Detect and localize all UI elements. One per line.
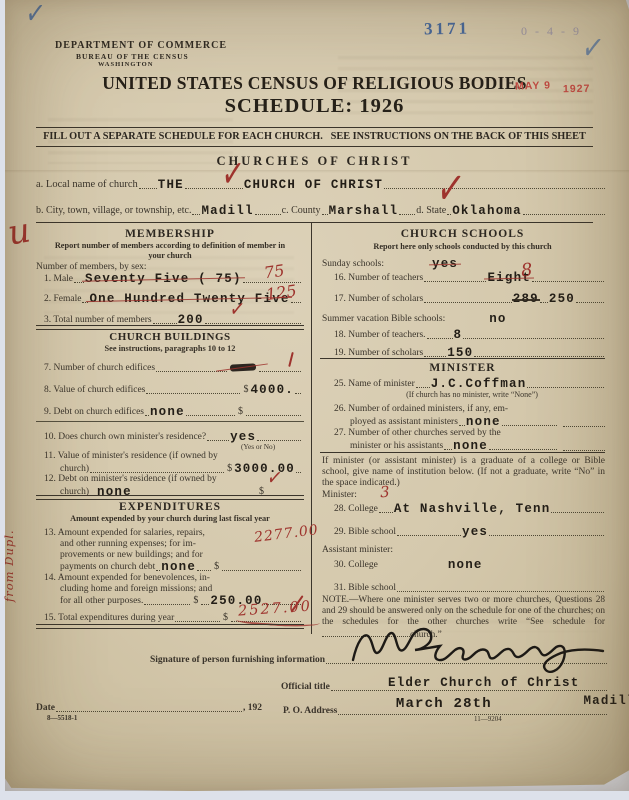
leader <box>563 424 605 427</box>
q17-label: 17. Number of scholars <box>334 293 423 305</box>
q7-label: 7. Number of church edifices <box>44 362 155 374</box>
q25-row: 25. Name of minister J.C.Coffman <box>334 376 605 390</box>
leader <box>489 447 557 450</box>
leader <box>399 212 415 215</box>
county-value: Marshall <box>329 205 399 218</box>
q31-row: 31. Bible school <box>334 580 605 594</box>
minister-heading: MINISTER <box>320 362 605 374</box>
department-line: DEPARTMENT OF COMMERCE <box>55 40 227 51</box>
graduate-note: If minister (or assistant minister) is a… <box>322 456 605 488</box>
leader <box>259 369 301 372</box>
bureau-line: BUREAU OF THE CENSUS <box>76 52 189 61</box>
leader <box>444 447 452 450</box>
minister-subsection-label: Minister: <box>322 489 357 501</box>
leader <box>255 212 281 215</box>
date-printed-year: , 192 <box>243 702 262 714</box>
leader <box>295 391 301 394</box>
buildings-heading: CHURCH BUILDINGS <box>36 331 304 343</box>
q25-hint: (If church has no minister, write “None”… <box>352 390 592 399</box>
minister-red-number: 3 <box>379 483 390 502</box>
signature-label: Signature of person furnishing informati… <box>150 654 325 666</box>
q18-typed-value: 8 <box>454 329 463 342</box>
leader <box>576 300 604 303</box>
q13-currency: $ <box>214 561 219 573</box>
leader <box>463 336 604 339</box>
gray-code-stamp: 0 - 4 - 9 <box>521 24 582 39</box>
leader <box>532 279 604 282</box>
q29-typed-value: yes <box>462 526 488 539</box>
q18-row: 18. Number of teachers. 8 <box>334 327 605 341</box>
q25-label: 25. Name of minister <box>334 378 415 390</box>
leader <box>424 300 512 303</box>
margin-red-note: from Dupl. <box>2 452 16 602</box>
official-title-label: Official title <box>281 681 330 693</box>
date-row: Date , 192 <box>36 700 262 714</box>
q28-typed-value: At Nashville, Tenn <box>394 503 551 516</box>
leader <box>201 602 209 605</box>
leader <box>139 186 157 189</box>
q1-label: 1. Male <box>44 273 73 285</box>
membership-subheading: Report number of members according to de… <box>50 241 290 261</box>
rule <box>320 358 605 359</box>
schools-subheading: Report here only schools conducted by th… <box>320 242 605 252</box>
column-divider <box>311 222 312 634</box>
leader <box>296 470 301 473</box>
official-title-typed-1: Elder Church of Christ <box>388 676 579 690</box>
leader <box>338 712 607 715</box>
local-name-value-2: CHURCH OF CHRIST <box>244 179 383 192</box>
membership-heading: MEMBERSHIP <box>36 228 304 240</box>
q19-row: 19. Number of scholars 150 <box>334 345 605 359</box>
leader <box>192 212 200 215</box>
q29-label: 29. Bible school <box>334 526 396 538</box>
red-checkmark-icon: ✓ <box>220 151 246 198</box>
q30-typed-value: none <box>448 559 483 572</box>
q30-row: 30. College none <box>334 557 605 571</box>
leader <box>257 438 301 441</box>
leader <box>527 385 604 388</box>
schedule-title: SCHEDULE: 1926 <box>0 95 629 118</box>
leader <box>207 438 229 441</box>
leader <box>489 533 604 536</box>
q2-label: 2. Female <box>44 293 81 305</box>
leader <box>416 385 430 388</box>
leader <box>540 300 548 303</box>
q7-row: 7. Number of church edifices <box>44 360 302 374</box>
signature <box>345 618 617 676</box>
q8-typed-value: 4000. <box>250 384 294 397</box>
leader <box>474 354 604 357</box>
q1-red-correction: 75 <box>263 261 286 283</box>
form-code-right: 11—9204 <box>474 715 502 723</box>
signature-stroke <box>353 629 603 672</box>
leader <box>397 533 461 536</box>
leader <box>384 186 605 189</box>
leader <box>379 510 393 513</box>
banner-instruction: FILL OUT A SEPARATE SCHEDULE FOR EACH CH… <box>0 131 629 142</box>
received-date-stamp-year: 1927 <box>563 83 591 95</box>
q9-typed-value: none <box>150 406 185 419</box>
leader <box>502 423 557 426</box>
paper-crease <box>5 170 629 173</box>
denomination-title: CHURCHES OF CHRIST <box>0 154 629 169</box>
local-name-row: a. Local name of church THE CHURCH OF CH… <box>36 177 606 191</box>
rule <box>36 495 304 500</box>
leader <box>205 321 301 324</box>
rule <box>320 452 605 453</box>
local-name-value-1: THE <box>158 179 184 192</box>
assistant-minister-label: Assistant minister: <box>322 544 393 556</box>
state-value: Oklahoma <box>452 205 522 218</box>
scribbled-out-entry <box>230 363 256 371</box>
rule <box>36 325 304 330</box>
po-address-label: P. O. Address <box>283 705 337 717</box>
q17-typed-value: 250 <box>549 293 575 306</box>
q10-row: 10. Does church own minister's residence… <box>44 429 302 443</box>
scanned-census-form: ✓ DEPARTMENT OF COMMERCE BUREAU OF THE C… <box>0 0 629 800</box>
spacer <box>484 567 604 569</box>
summer-schools-row: Summer vacation Bible schools: no <box>322 311 605 325</box>
q13-row: payments on church debt none $ <box>60 559 302 573</box>
leader <box>551 510 604 513</box>
washington-line: WASHINGTON <box>98 61 153 68</box>
q17-struck-value: 289 <box>513 293 539 306</box>
q9-currency: $ <box>238 406 243 418</box>
q14-currency: $ <box>193 595 198 607</box>
leader <box>424 354 446 357</box>
q1-typed-value: Seventy Five ( 75) <box>85 273 242 286</box>
rule <box>36 421 304 422</box>
date-label: Date <box>36 702 55 714</box>
leader <box>563 448 605 451</box>
expenditures-heading: EXPENDITURES <box>36 501 304 513</box>
leader <box>424 279 486 282</box>
leader <box>197 568 211 571</box>
rule <box>36 624 304 629</box>
leader <box>153 321 177 324</box>
po-address-row: P. O. Address <box>283 703 608 717</box>
leader <box>146 391 240 394</box>
q27-label-line2: minister or his assistants <box>350 440 443 452</box>
spacer <box>379 567 447 569</box>
leader <box>246 413 301 416</box>
leader <box>523 212 605 215</box>
leader <box>186 413 235 416</box>
received-date-stamp-month: MAY 9 <box>515 79 551 92</box>
q8-label: 8. Value of church edifices <box>44 384 145 396</box>
leader <box>427 336 453 339</box>
q16-row: 16. Number of teachers Eight <box>334 270 605 284</box>
q27-row: minister or his assistants none <box>350 438 558 452</box>
q8-currency: $ <box>243 384 248 396</box>
local-name-label: a. Local name of church <box>36 179 138 191</box>
q11-typed-value: 3000.00 <box>234 463 295 476</box>
q16-red-correction: 8 <box>520 259 534 281</box>
sunday-schools-row: Sunday schools: yes <box>322 256 605 270</box>
leader <box>322 212 328 215</box>
sunday-schools-label: Sunday schools: <box>322 258 384 270</box>
city-label: b. City, town, village, or township, etc… <box>36 205 191 217</box>
expenditures-subheading: Amount expended by your church during la… <box>36 514 304 524</box>
leader <box>459 423 465 426</box>
q10-label: 10. Does church own minister's residence… <box>44 431 206 443</box>
spacer <box>446 321 488 323</box>
county-label: c. County <box>282 205 321 217</box>
leader <box>397 589 604 592</box>
leader <box>144 602 190 605</box>
form-code-left: 8—5518-1 <box>47 714 77 722</box>
leader <box>145 413 149 416</box>
summer-schools-label: Summer vacation Bible schools: <box>322 313 445 325</box>
q28-row: 28. College At Nashville, Tenn <box>334 501 605 515</box>
q15-label: 15. Total expenditures during year <box>44 612 174 624</box>
leader <box>156 568 160 571</box>
q10-hint: (Yes or No) <box>241 442 275 451</box>
q3-total-row: 3. Total number of members 200 <box>44 312 302 326</box>
buildings-subheading: See instructions, paragraphs 10 to 12 <box>36 344 304 354</box>
q2-female-row: 2. Female One Hundred Twenty Five <box>44 291 302 305</box>
q15-currency: $ <box>223 612 228 624</box>
q2-typed-value: One Hundred Twenty Five <box>89 293 289 306</box>
summer-schools-typed: no <box>489 313 506 326</box>
city-value: Madill <box>201 205 253 218</box>
q8-row: 8. Value of church edifices $ 4000. <box>44 382 302 396</box>
q31-label: 31. Bible school <box>334 582 396 594</box>
q26-row: ployed as assistant ministers none <box>350 414 558 428</box>
city-county-state-row: b. City, town, village, or township, etc… <box>36 203 606 217</box>
q30-label: 30. College <box>334 559 378 571</box>
blue-number-stamp: 3171 <box>424 19 470 40</box>
q29-row: 29. Bible school yes <box>334 524 605 538</box>
rule <box>36 146 593 147</box>
leader <box>222 568 301 571</box>
q17-row: 17. Number of scholars 289 250 <box>334 291 605 305</box>
leader <box>175 619 220 622</box>
q18-label: 18. Number of teachers. <box>334 329 426 341</box>
rule <box>36 222 593 223</box>
q16-label: 16. Number of teachers <box>334 272 423 284</box>
q28-label: 28. College <box>334 503 378 515</box>
q9-label: 9. Debt on church edifices <box>44 406 144 418</box>
schools-heading: CHURCH SCHOOLS <box>320 228 605 240</box>
q9-row: 9. Debt on church edifices none $ <box>44 404 302 418</box>
leader <box>56 709 242 712</box>
rule <box>36 127 593 128</box>
q11-currency: $ <box>227 463 232 475</box>
spacer <box>385 266 431 268</box>
q14-line3: for all other purposes. <box>60 595 143 607</box>
